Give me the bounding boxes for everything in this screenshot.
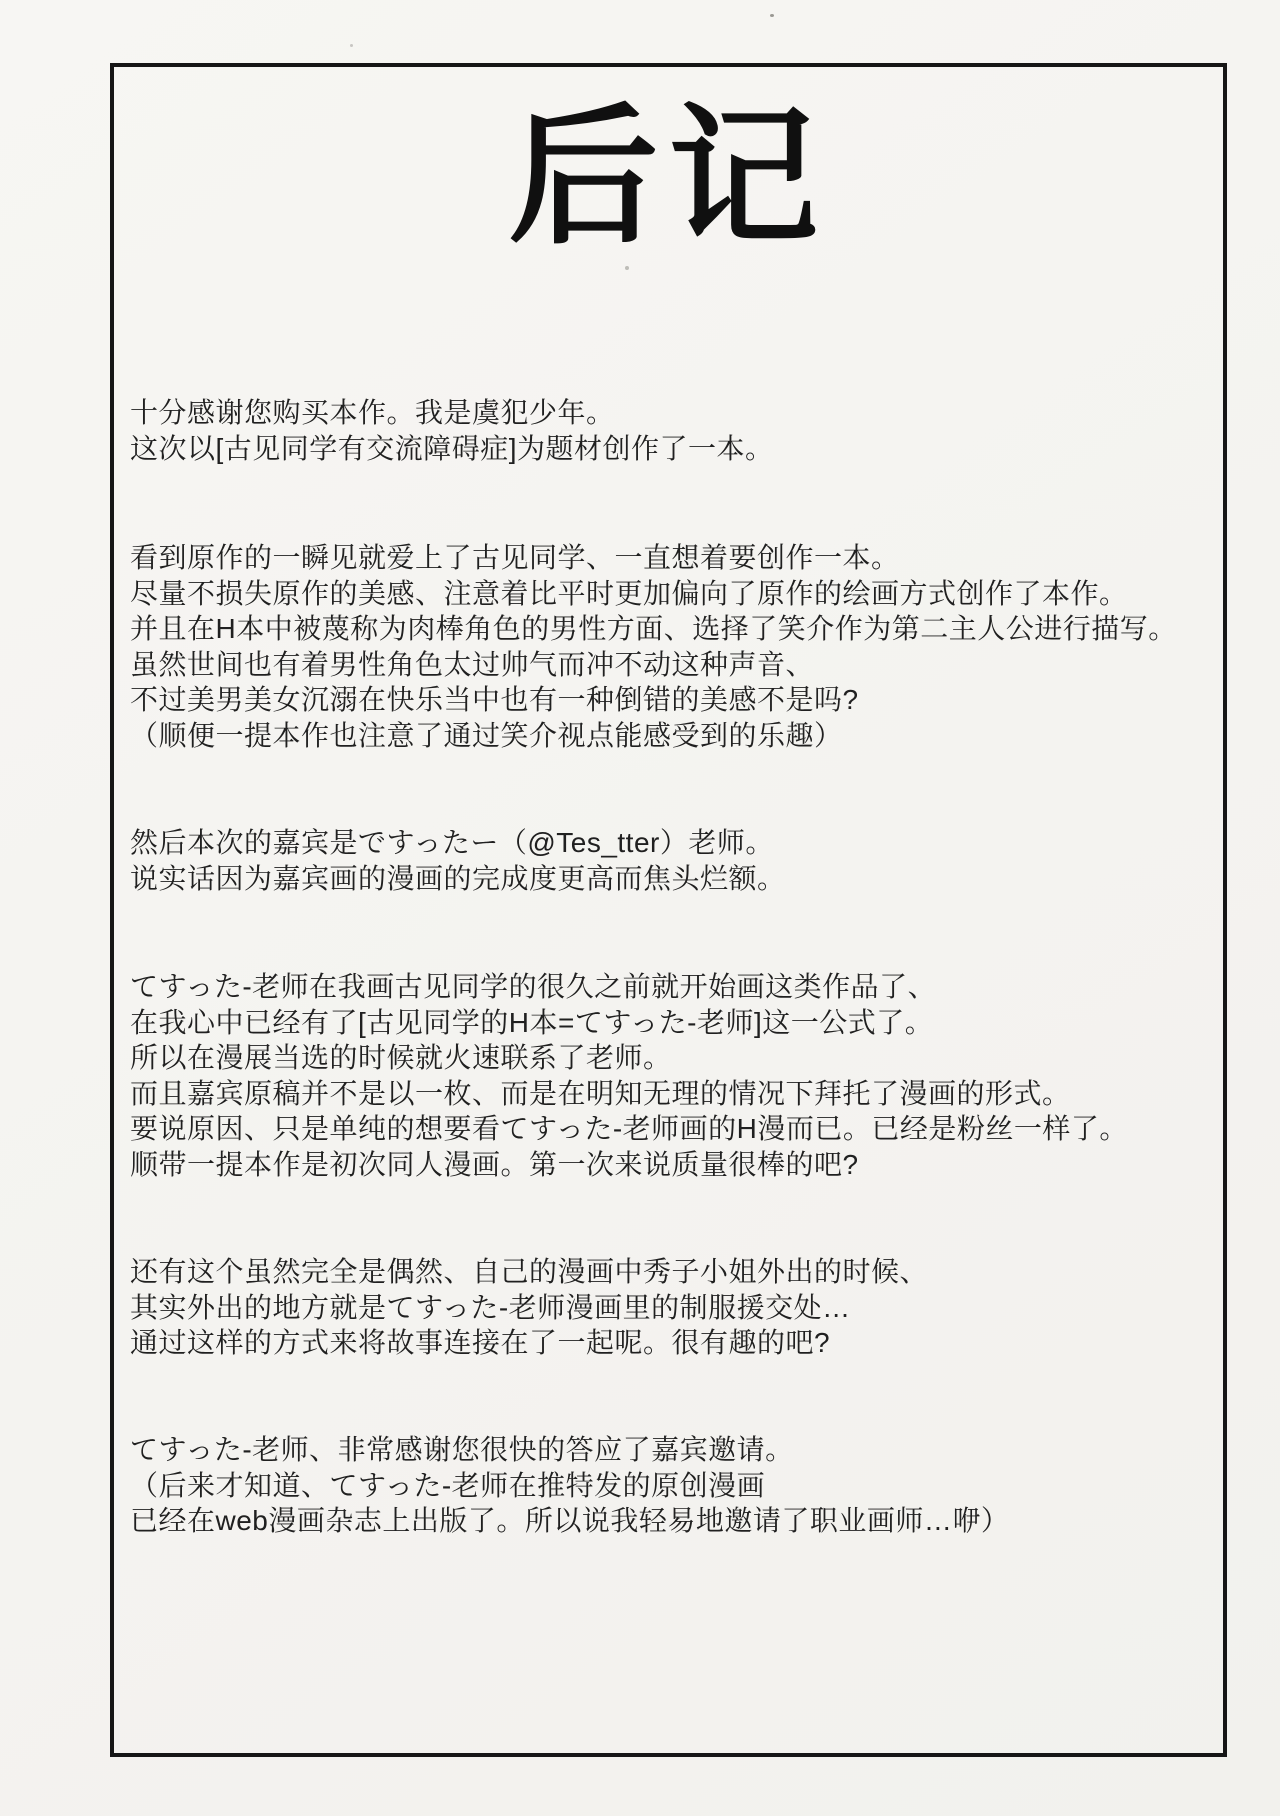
text-line: 所以在漫展当选的时候就火速联系了老师。	[130, 1040, 1215, 1076]
paragraph-guest-thanks: てすった-老师、非常感谢您很快的答应了嘉宾邀请。 （后来才知道、てすった-老师在…	[130, 1432, 1215, 1539]
text-line: （顺便一提本作也注意了通过笑介视点能感受到的乐趣）	[130, 718, 1215, 754]
paragraph-creation-notes: 看到原作的一瞬见就爱上了古见同学、一直想着要创作一本。 尽量不损失原作的美感、注…	[130, 540, 1215, 753]
text-line: 虽然世间也有着男性角色太过帅气而冲不动这种声音、	[130, 647, 1215, 683]
text-line: （后来才知道、てすった-老师在推特发的原创漫画	[130, 1468, 1215, 1504]
text-line: てすった-老师在我画古见同学的很久之前就开始画这类作品了、	[130, 969, 1215, 1005]
text-line: 不过美男美女沉溺在快乐当中也有一种倒错的美感不是吗?	[130, 682, 1215, 718]
text-line: 还有这个虽然完全是偶然、自己的漫画中秀子小姐外出的时候、	[130, 1254, 1215, 1290]
text-line: 而且嘉宾原稿并不是以一枚、而是在明知无理的情况下拜托了漫画的形式。	[130, 1076, 1215, 1112]
text-line: 顺带一提本作是初次同人漫画。第一次来说质量很棒的吧?	[130, 1147, 1215, 1183]
text-line: 这次以[古见同学有交流障碍症]为题材创作了一本。	[130, 431, 1215, 467]
text-line: 并且在H本中被蔑称为肉棒角色的男性方面、选择了笑介作为第二主人公进行描写。	[130, 611, 1215, 647]
page-border-frame: 后记 十分感谢您购买本作。我是虞犯少年。 这次以[古见同学有交流障碍症]为题材创…	[110, 63, 1227, 1757]
text-line: 然后本次的嘉宾是ですったー（@Tes_tter）老师。	[130, 825, 1215, 861]
text-line: 已经在web漫画杂志上出版了。所以说我轻易地邀请了职业画师…咿）	[130, 1503, 1215, 1539]
scanned-afterword-page: 后记 十分感谢您购买本作。我是虞犯少年。 这次以[古见同学有交流障碍症]为题材创…	[0, 0, 1280, 1816]
paragraph-story-link: 还有这个虽然完全是偶然、自己的漫画中秀子小姐外出的时候、 其实外出的地方就是てす…	[130, 1254, 1215, 1361]
paragraph-thanks: 十分感谢您购买本作。我是虞犯少年。 这次以[古见同学有交流障碍症]为题材创作了一…	[130, 395, 1215, 466]
text-line: 通过这样的方式来将故事连接在了一起呢。很有趣的吧?	[130, 1325, 1215, 1361]
text-line: 在我心中已经有了[古见同学的H本=てすった-老师]这一公式了。	[130, 1005, 1215, 1041]
text-line: 其实外出的地方就是てすった-老师漫画里的制服援交处…	[130, 1290, 1215, 1326]
text-line: てすった-老师、非常感谢您很快的答应了嘉宾邀请。	[130, 1432, 1215, 1468]
paragraph-guest-intro: 然后本次的嘉宾是ですったー（@Tes_tter）老师。 说实话因为嘉宾画的漫画的…	[130, 825, 1215, 896]
scan-speck	[770, 14, 774, 17]
page-title: 后记	[114, 104, 1223, 254]
paragraph-guest-story: てすった-老师在我画古见同学的很久之前就开始画这类作品了、 在我心中已经有了[古…	[130, 969, 1215, 1182]
text-line: 要说原因、只是单纯的想要看てすった-老师画的H漫而已。已经是粉丝一样了。	[130, 1111, 1215, 1147]
scan-speck	[350, 44, 353, 47]
text-line: 尽量不损失原作的美感、注意着比平时更加偏向了原作的绘画方式创作了本作。	[130, 576, 1215, 612]
text-line: 说实话因为嘉宾画的漫画的完成度更高而焦头烂额。	[130, 861, 1215, 897]
text-line: 十分感谢您购买本作。我是虞犯少年。	[130, 395, 1215, 431]
text-line: 看到原作的一瞬见就爱上了古见同学、一直想着要创作一本。	[130, 540, 1215, 576]
